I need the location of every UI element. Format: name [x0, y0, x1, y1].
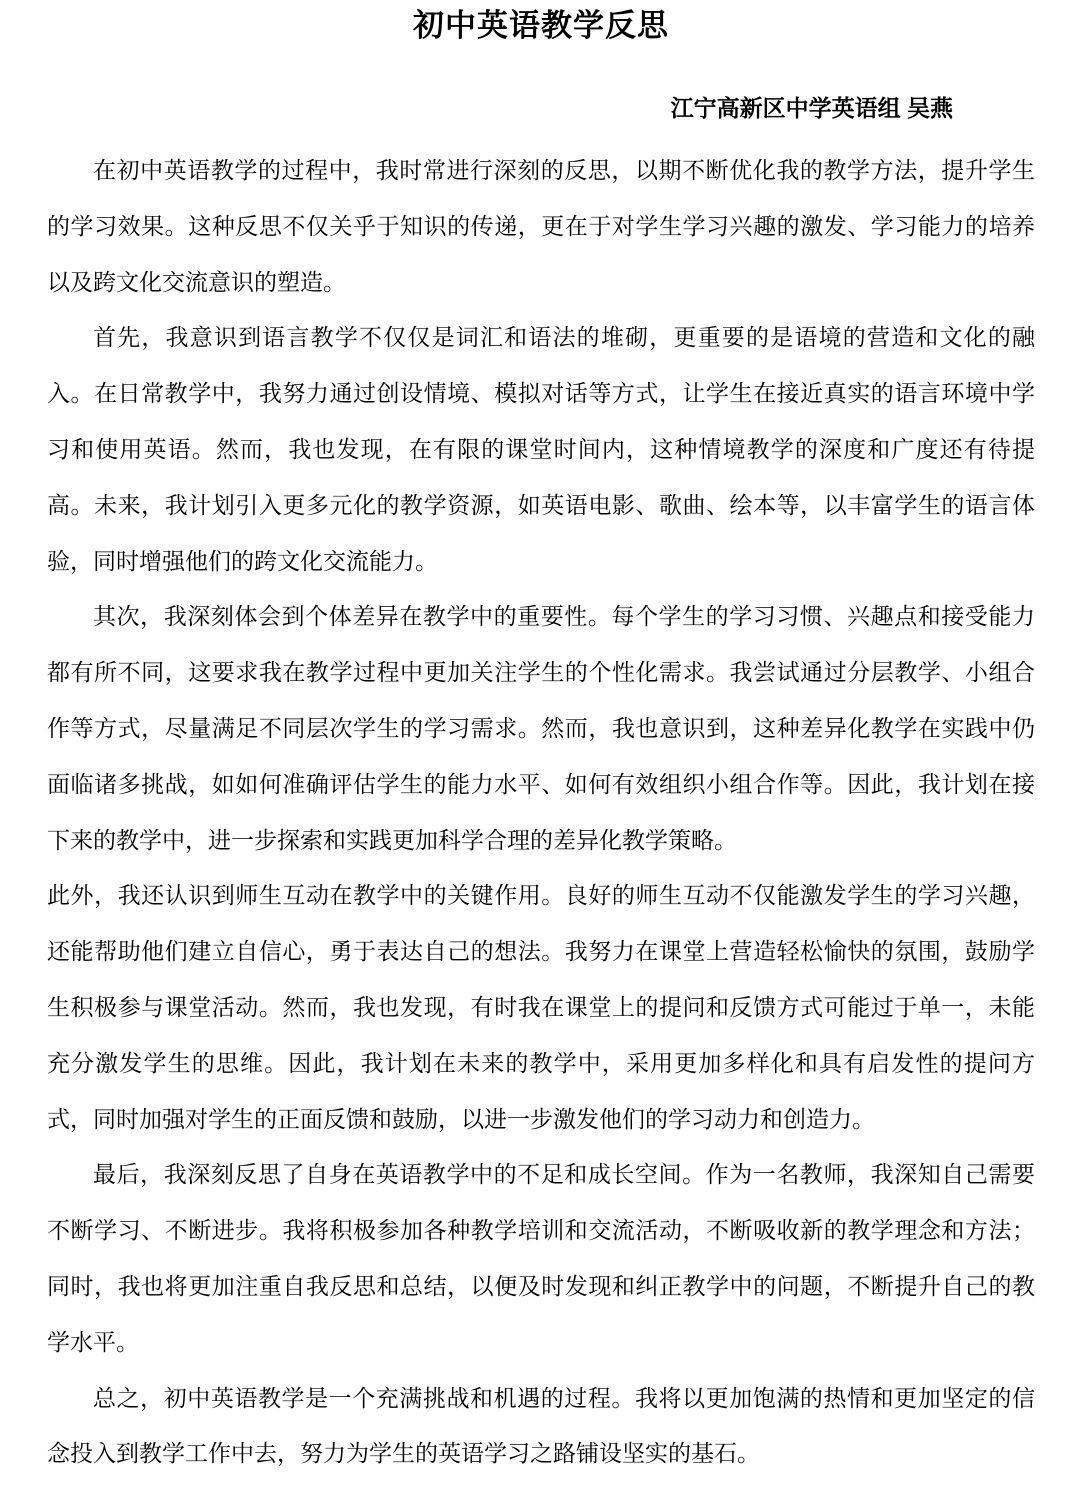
byline: 江宁高新区中学英语组 吴燕	[47, 93, 1035, 123]
document-title: 初中英语教学反思	[47, 6, 1035, 46]
document-page: 初中英语教学反思 江宁高新区中学英语组 吴燕 在初中英语教学的过程中，我时常进行…	[0, 0, 1080, 1503]
paragraph-conclusion: 总之，初中英语教学是一个充满挑战和机遇的过程。我将以更加饱满的热情和更加坚定的信…	[47, 1371, 1035, 1483]
paragraph-second-point: 其次，我深刻体会到个体差异在教学中的重要性。每个学生的学习习惯、兴趣点和接受能力…	[47, 589, 1035, 868]
paragraph-first-point: 首先，我意识到语言教学不仅仅是词汇和语法的堆砌，更重要的是语境的营造和文化的融入…	[47, 310, 1035, 589]
paragraph-intro: 在初中英语教学的过程中，我时常进行深刻的反思，以期不断优化我的教学方法，提升学生…	[47, 143, 1035, 310]
document-body: 在初中英语教学的过程中，我时常进行深刻的反思，以期不断优化我的教学方法，提升学生…	[47, 143, 1035, 1482]
paragraph-third-point: 此外，我还认识到师生互动在教学中的关键作用。良好的师生互动不仅能激发学生的学习兴…	[47, 868, 1035, 1147]
paragraph-fourth-point: 最后，我深刻反思了自身在英语教学中的不足和成长空间。作为一名教师，我深知自己需要…	[47, 1147, 1035, 1370]
